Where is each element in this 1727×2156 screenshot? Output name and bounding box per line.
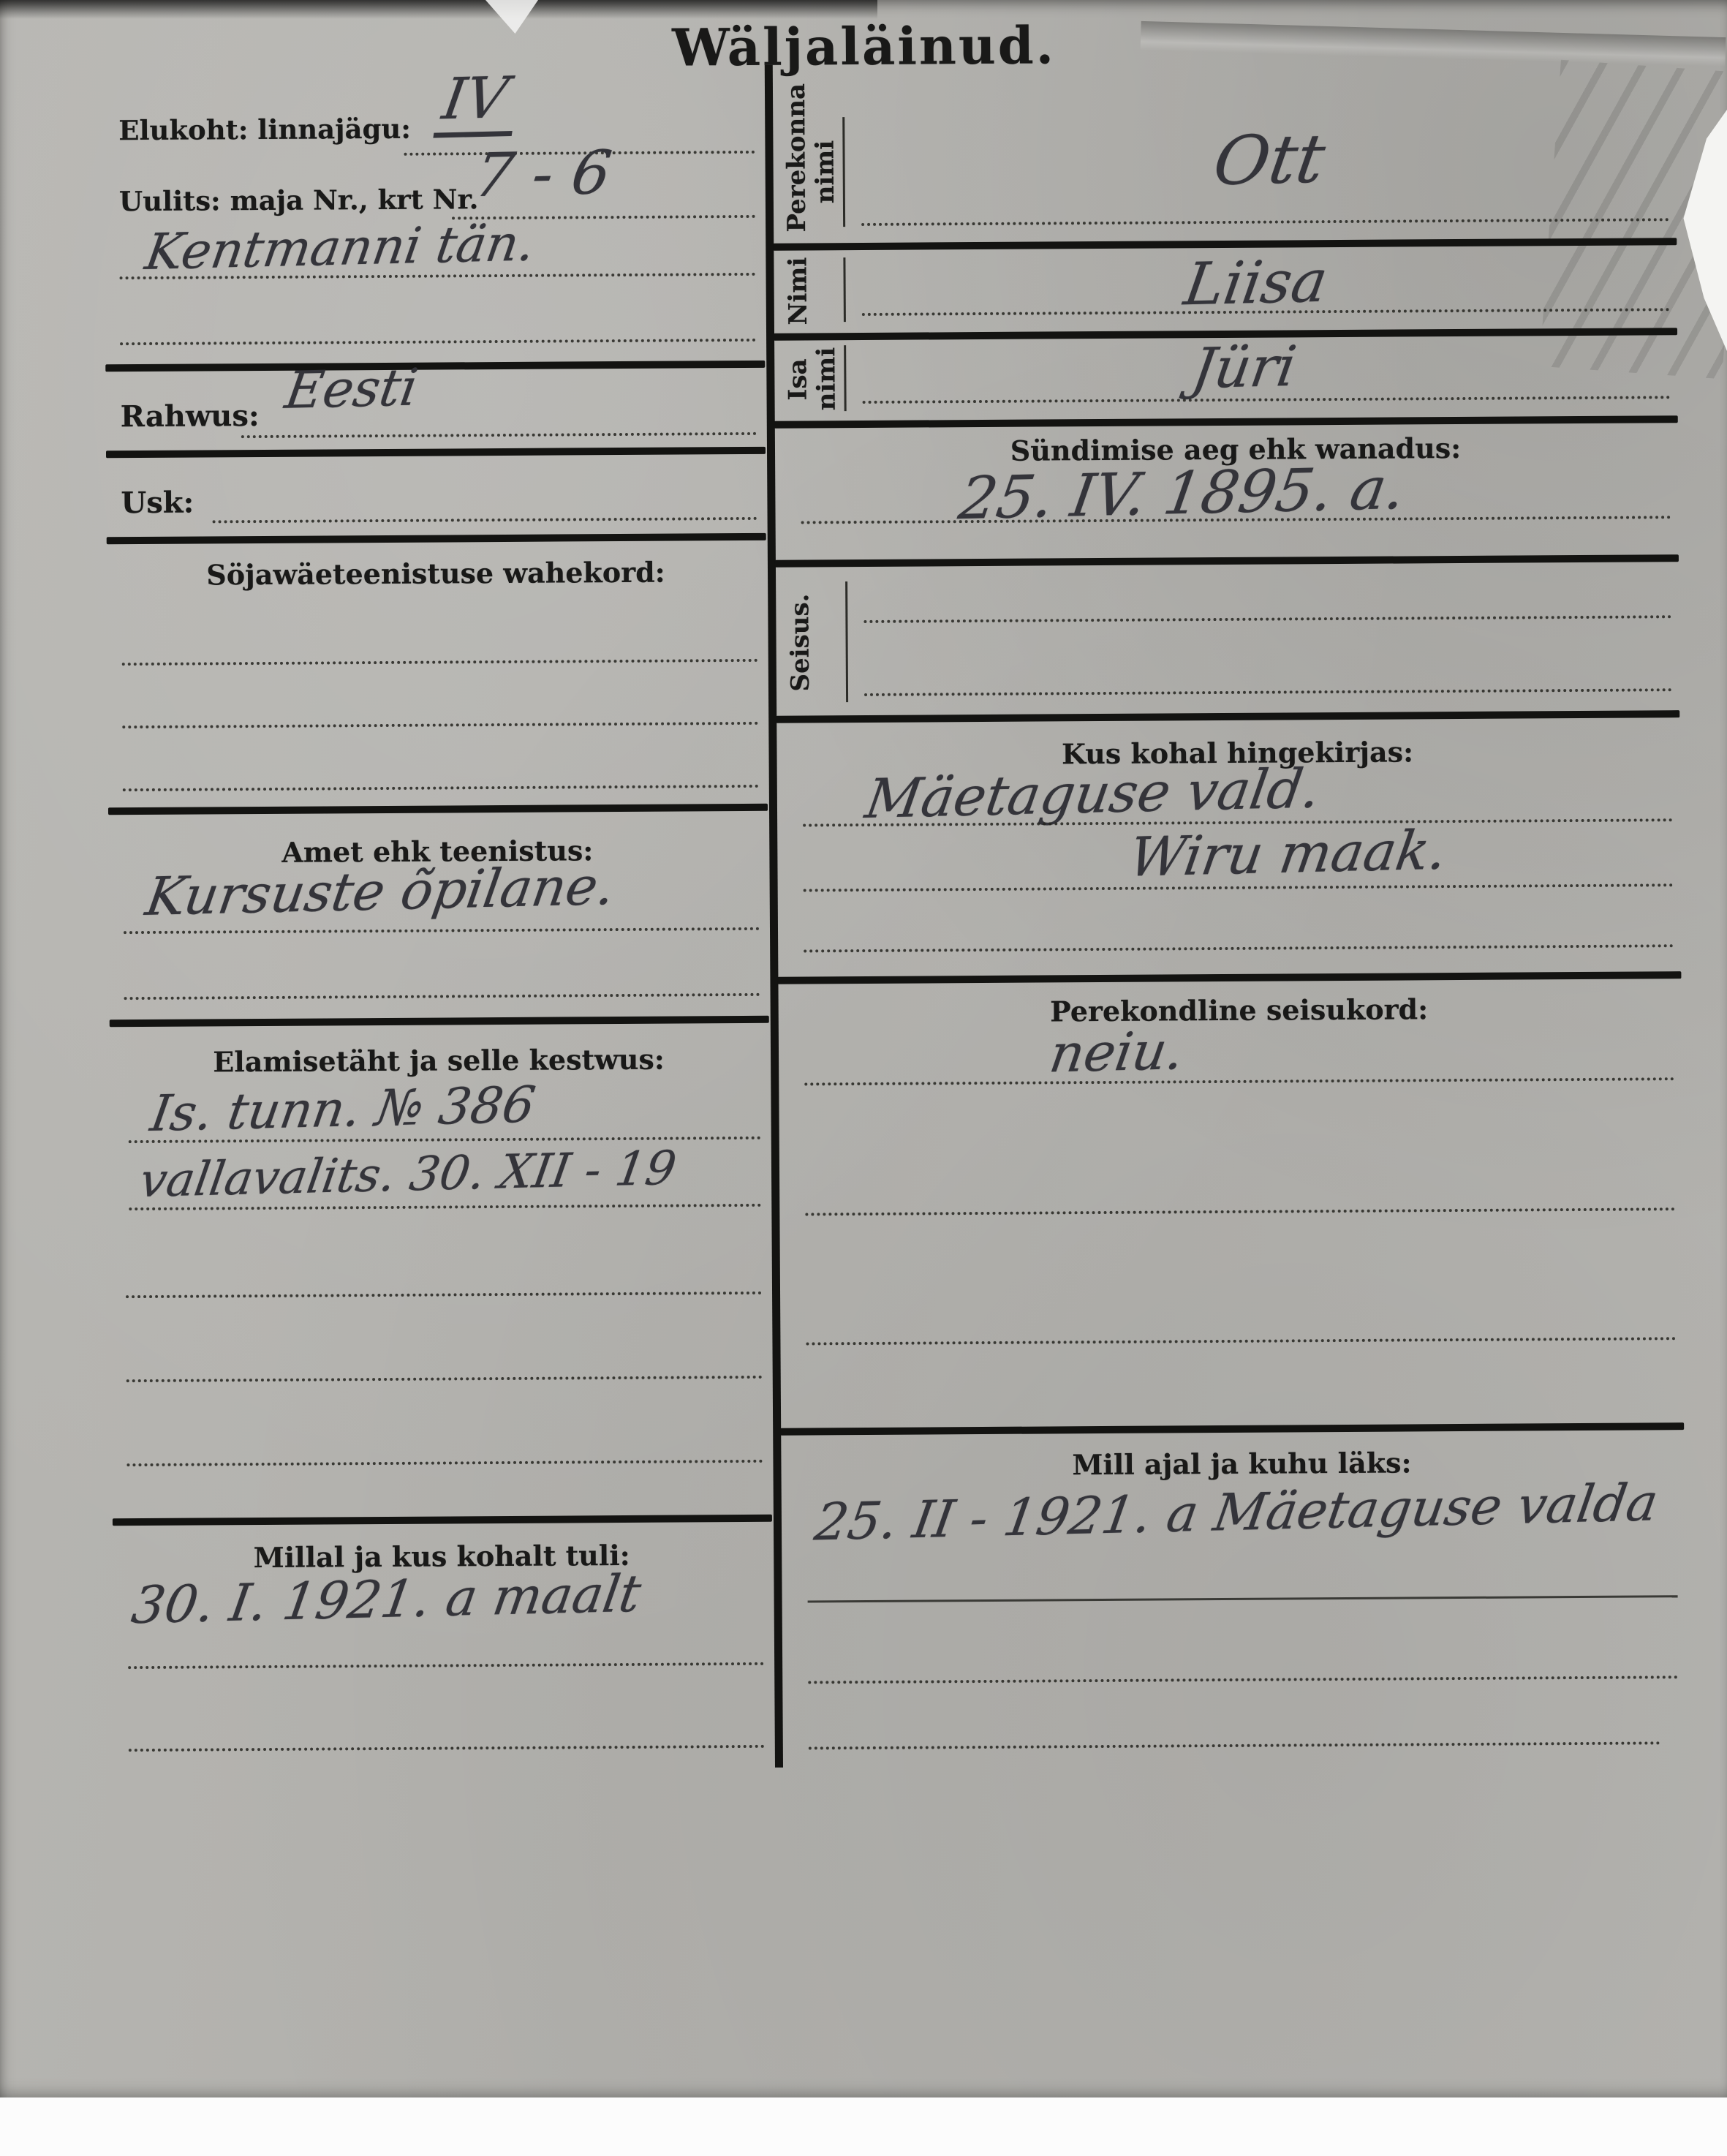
label-rule [845,581,848,702]
street-number-label: Uulits: maja Nr., krt Nr. [119,183,479,217]
empty-line [126,1376,763,1382]
permit-number-handwriting: Is. tunn. № 386 [147,1077,539,1143]
scanned-registration-card: Wäljaläinud. Elukoht: linnajägu: IV Uuli… [0,0,1727,2156]
residence-label: Elukoht: linnajägu: [118,113,411,146]
parish-line2-handwriting: Wiru maak. [1125,819,1451,889]
label-rule [844,345,847,411]
nationality-value-handwriting: Eesti [281,358,422,421]
street-number-value-handwriting: 7 - 6 [470,138,616,211]
occupation-value-handwriting: Kursuste õpilane. [142,855,619,927]
section-rule [773,238,1677,251]
empty-line [864,688,1672,696]
empty-line [806,1337,1676,1345]
religion-line [213,517,757,524]
empty-line [123,785,759,791]
family-name-label: Perekonna nimi [782,111,840,232]
section-rule [106,447,766,459]
departure-line [808,1595,1678,1602]
form-title: Wäljaläinud. [498,14,1229,79]
empty-line [120,339,756,345]
status-label: Seisus. [785,579,815,705]
empty-line [126,1460,763,1466]
military-service-heading: Söjawäeteenistuse wahekord: [114,555,757,592]
first-name-handwriting: Liisa [1180,247,1332,319]
section-rule [110,1016,769,1028]
empty-line [805,1207,1675,1215]
first-name-label: Nimi [783,256,813,325]
empty-line [122,722,758,728]
permit-issuer-handwriting: vallavalits. 30. XII - 19 [136,1142,679,1208]
family-name-line [861,218,1669,226]
section-rule [777,971,1681,984]
section-rule [113,1515,772,1526]
paper-sheet: Wäljaläinud. Elukoht: linnajägu: IV Uuli… [0,0,1727,2097]
section-rule [776,710,1679,723]
column-divider [765,65,783,1768]
empty-line [129,1745,765,1752]
departure-handwriting: 25. II - 1921. a Mäetaguse valda [811,1472,1662,1552]
empty-line [863,615,1671,623]
father-name-label: Isa nimi [784,342,842,415]
religion-label: Usk: [121,486,194,521]
street-name-handwriting: Kentmanni tän. [142,214,539,282]
occupation-line [124,927,760,934]
residence-value-handwriting: IV [433,65,522,138]
residence-permit-heading: Elamisetäht ja selle kestwus: [117,1042,760,1079]
scanner-backing [0,2097,1727,2156]
family-name-handwriting: Ott [1209,119,1330,200]
section-rule [108,804,768,815]
empty-line [809,1741,1660,1749]
empty-line [804,944,1674,952]
section-rule [105,361,765,372]
father-name-handwriting: Jüri [1188,333,1301,401]
empty-line [124,993,760,1000]
label-rule [843,257,846,322]
arrival-line [128,1662,764,1669]
nationality-label: Rahwus: [121,399,260,434]
form-content: Wäljaläinud. Elukoht: linnajägu: IV Uuli… [0,0,1727,2103]
section-rule [780,1422,1684,1436]
empty-line [122,659,758,666]
arrival-value-handwriting: 30. I. 1921. a maalt [128,1564,645,1635]
label-rule [842,117,845,227]
marital-status-heading: Perekondline seisukord: [804,991,1674,1029]
empty-line [808,1676,1678,1684]
marital-status-handwriting: neiu. [1046,1019,1188,1084]
empty-line [126,1292,762,1298]
section-rule [774,415,1678,429]
parish-line1-handwriting: Mäetaguse vald. [861,757,1324,831]
marital-line [804,1077,1674,1085]
nationality-line [241,432,757,438]
section-rule [107,533,766,545]
section-rule [775,554,1679,568]
